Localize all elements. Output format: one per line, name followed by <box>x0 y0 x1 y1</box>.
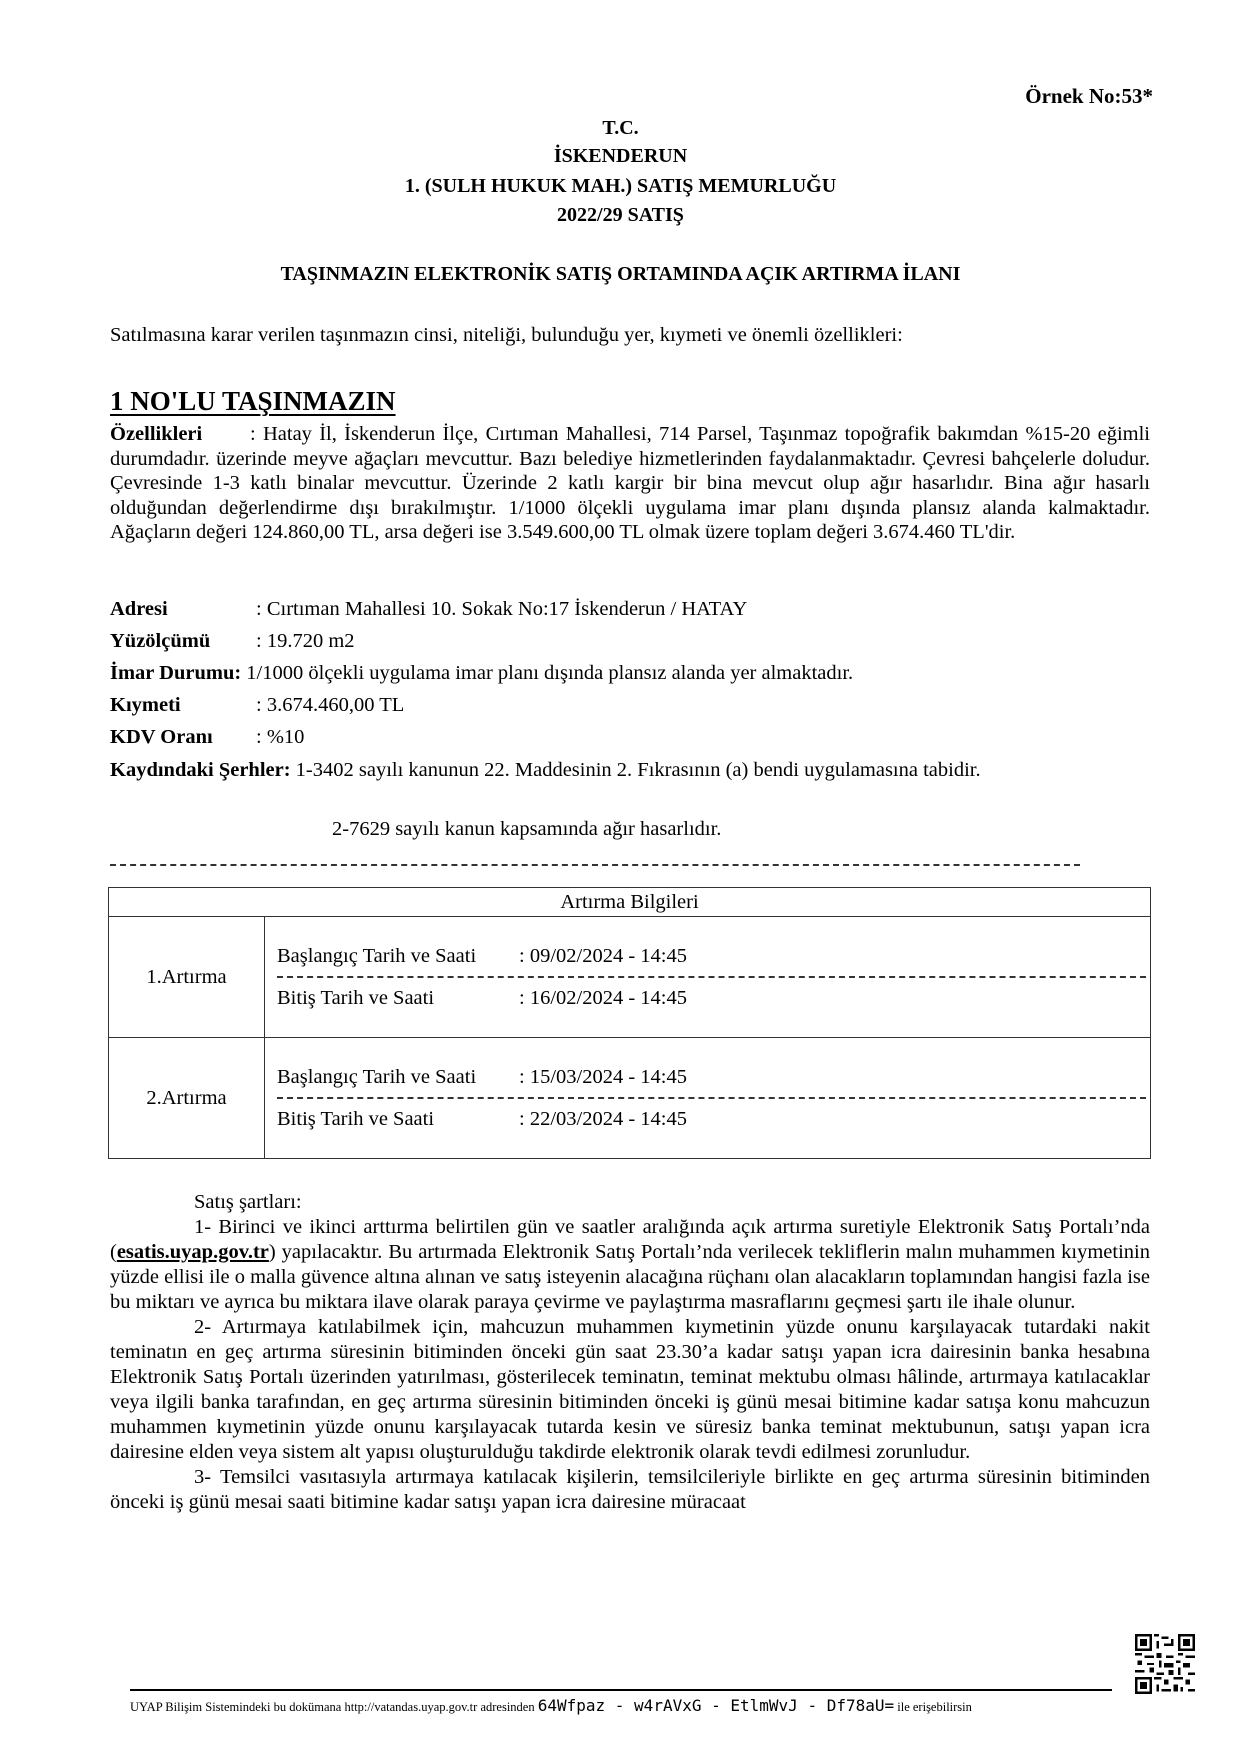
features-label: Özellikleri <box>110 422 250 447</box>
end-date-label: Bitiş Tarih ve Saati <box>277 1099 519 1139</box>
field-value: : Cırtıman Mahallesi 10. Sokak No:17 İsk… <box>256 598 747 620</box>
header-line-case: 2022/29 SATIŞ <box>0 204 1241 227</box>
encumbrances-text: 1-3402 sayılı kanunun 22. Maddesinin 2. … <box>291 759 981 781</box>
field-value-amount: Kıymeti: 3.674.460,00 TL <box>110 694 404 717</box>
features-text: : Hatay İl, İskenderun İlçe, Cırtıman Ma… <box>110 423 1150 543</box>
verification-code: 64Wfpaz - w4rAVxG - EtlmWvJ - Df78aU= <box>538 1696 894 1715</box>
start-date-row: Başlangıç Tarih ve Saati: 09/02/2024 - 1… <box>277 936 1150 976</box>
field-value: : 3.674.460,00 TL <box>256 694 404 716</box>
field-label: Yüzölçümü <box>110 630 256 653</box>
dashed-separator <box>110 864 1080 866</box>
header-line-office: 1. (SULH HUKUK MAH.) SATIŞ MEMURLUĞU <box>0 175 1241 198</box>
table-row: 1.Artırma Başlangıç Tarih ve Saati: 09/0… <box>109 917 1151 1038</box>
round-label: 2.Artırma <box>109 1038 265 1159</box>
terms-item-1: 1- Birinci ve ikinci arttırma belirtilen… <box>110 1215 1150 1315</box>
property-title: 1 NO'LU TAŞINMAZIN <box>110 386 396 417</box>
auction-table-header: Artırma Bilgileri <box>109 888 1151 917</box>
encumbrances: Kaydındaki Şerhler: 1-3402 sayılı kanunu… <box>110 758 1150 783</box>
encumbrances-second: 2-7629 sayılı kanun kapsamında ağır hasa… <box>332 818 721 841</box>
footer-rule <box>130 1689 1112 1691</box>
document-title: TAŞINMAZIN ELEKTRONİK SATIŞ ORTAMINDA AÇ… <box>0 263 1241 286</box>
start-date-value: : 15/03/2024 - 14:45 <box>519 1066 687 1088</box>
footer: UYAP Bilişim Sistemindeki bu dokümana ht… <box>130 1696 972 1715</box>
start-date-label: Başlangıç Tarih ve Saati <box>277 936 519 976</box>
sample-number: Örnek No:53* <box>1025 84 1153 109</box>
qr-code-icon <box>1135 1634 1195 1694</box>
field-value: 1/1000 ölçekli uygulama imar planı dışın… <box>241 662 853 684</box>
field-label: KDV Oranı <box>110 726 256 749</box>
end-date-value: : 22/03/2024 - 14:45 <box>519 1108 687 1130</box>
header-line-city: İSKENDERUN <box>0 145 1241 168</box>
start-date-value: : 09/02/2024 - 14:45 <box>519 945 687 967</box>
field-zoning: İmar Durumu: 1/1000 ölçekli uygulama ima… <box>110 662 853 685</box>
round-dates: Başlangıç Tarih ve Saati: 15/03/2024 - 1… <box>265 1038 1151 1159</box>
end-date-value: : 16/02/2024 - 14:45 <box>519 987 687 1009</box>
intro-text: Satılmasına karar verilen taşınmazın cin… <box>110 324 903 347</box>
field-address: Adresi: Cırtıman Mahallesi 10. Sokak No:… <box>110 598 747 621</box>
end-date-label: Bitiş Tarih ve Saati <box>277 978 519 1018</box>
terms-item-2: 2- Artırmaya katılabilmek için, mahcuzun… <box>110 1315 1150 1465</box>
round-dates: Başlangıç Tarih ve Saati: 09/02/2024 - 1… <box>265 917 1151 1038</box>
header-line-tc: T.C. <box>0 117 1241 140</box>
end-date-row: Bitiş Tarih ve Saati: 16/02/2024 - 14:45 <box>277 978 1150 1018</box>
field-label: Kıymeti <box>110 694 256 717</box>
end-date-row: Bitiş Tarih ve Saati: 22/03/2024 - 14:45 <box>277 1099 1150 1139</box>
field-value: : 19.720 m2 <box>256 630 355 652</box>
property-features: Özellikleri: Hatay İl, İskenderun İlçe, … <box>110 422 1150 545</box>
round-label: 1.Artırma <box>109 917 265 1038</box>
field-label: İmar Durumu: <box>110 662 241 685</box>
start-date-label: Başlangıç Tarih ve Saati <box>277 1057 519 1097</box>
field-area: Yüzölçümü: 19.720 m2 <box>110 630 355 653</box>
footer-suffix: ile erişebilirsin <box>894 1700 972 1714</box>
auction-table: Artırma Bilgileri 1.Artırma Başlangıç Ta… <box>108 887 1151 1159</box>
sale-terms: Satış şartları: 1- Birinci ve ikinci art… <box>110 1190 1150 1515</box>
terms-title: Satış şartları: <box>110 1190 1150 1215</box>
table-row: 2.Artırma Başlangıç Tarih ve Saati: 15/0… <box>109 1038 1151 1159</box>
field-label: Adresi <box>110 598 256 621</box>
footer-prefix: UYAP Bilişim Sistemindeki bu dokümana ht… <box>130 1700 538 1714</box>
field-vat-rate: KDV Oranı: %10 <box>110 726 304 749</box>
start-date-row: Başlangıç Tarih ve Saati: 15/03/2024 - 1… <box>277 1057 1150 1097</box>
field-value: : %10 <box>256 726 304 748</box>
encumbrances-label: Kaydındaki Şerhler: <box>110 758 291 783</box>
esatis-link[interactable]: esatis.uyap.gov.tr <box>117 1241 269 1263</box>
terms-item-3: 3- Temsilci vasıtasıyla artırmaya katıla… <box>110 1465 1150 1515</box>
